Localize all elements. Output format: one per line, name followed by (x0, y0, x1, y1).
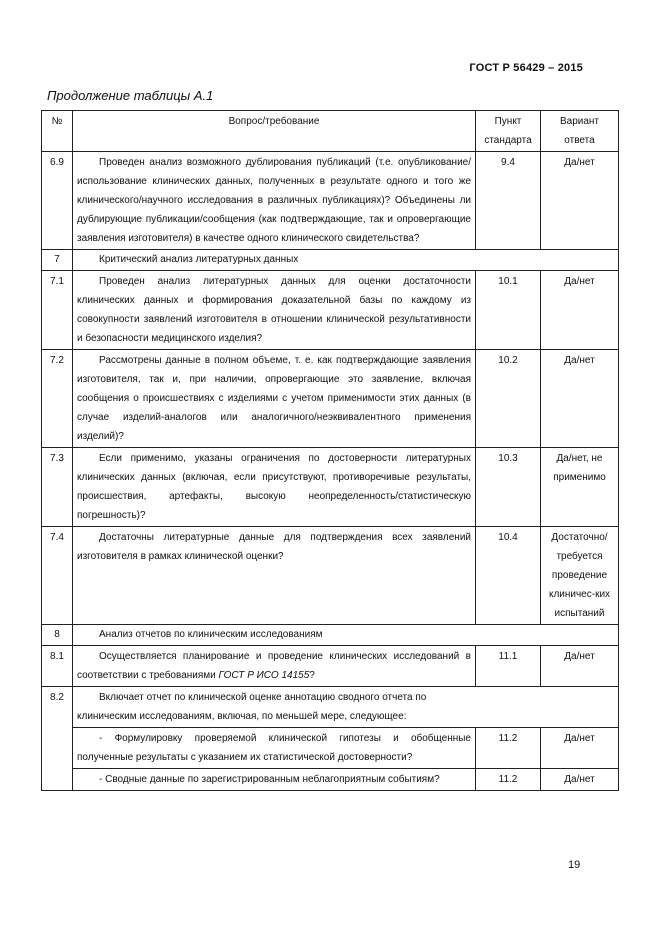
table-subrow: - Формулировку проверяемой клинической г… (42, 728, 619, 769)
row-answer: Да/нет (541, 646, 619, 687)
row-clause: 10.4 (476, 527, 541, 625)
table-row: 8.1 Осуществляется планирование и провед… (42, 646, 619, 687)
col-header-answer: Вариантответа (541, 111, 619, 152)
row-clause: 10.1 (476, 271, 541, 350)
table-caption: Продолжение таблицы А.1 (47, 88, 213, 103)
section-row: 7 Критический анализ литературных данных (42, 250, 619, 271)
row-num: 7.4 (42, 527, 73, 625)
standard-code: ГОСТ Р 56429 – 2015 (469, 62, 583, 74)
row-answer: Достаточно/ требуется проведение клиниче… (541, 527, 619, 625)
row-question: Проведен анализ возможного дублирования … (73, 152, 476, 250)
subrow-answer: Да/нет (541, 728, 619, 769)
row-num: 8.1 (42, 646, 73, 687)
table-row: 7.4 Достаточны литературные данные для п… (42, 527, 619, 625)
col-header-num: № (42, 111, 73, 152)
table-row: 8.2 Включает отчет по клинической оценке… (42, 687, 619, 728)
row-question: Рассмотрены данные в полном объеме, т. е… (73, 350, 476, 448)
row-clause: 9.4 (476, 152, 541, 250)
table-subrow: - Сводные данные по зарегистрированным н… (42, 769, 619, 791)
subrow-question: - Формулировку проверяемой клинической г… (73, 728, 476, 769)
section-title: Критический анализ литературных данных (73, 250, 619, 271)
row-question: Включает отчет по клинической оценке анн… (73, 687, 619, 728)
subrow-answer: Да/нет (541, 769, 619, 791)
row-question: Осуществляется планирование и проведение… (73, 646, 476, 687)
page-number: 19 (568, 859, 580, 871)
row-num: 7.3 (42, 448, 73, 527)
section-title: Анализ отчетов по клиническим исследован… (73, 625, 619, 646)
row-answer: Да/нет, не применимо (541, 448, 619, 527)
table-row: 6.9 Проведен анализ возможного дублирова… (42, 152, 619, 250)
table-row: 7.1 Проведен анализ литературных данных … (42, 271, 619, 350)
row-num: 7.2 (42, 350, 73, 448)
row-question: Проведен анализ литературных данных для … (73, 271, 476, 350)
table-row: 7.2 Рассмотрены данные в полном объеме, … (42, 350, 619, 448)
table-row: 7.3 Если применимо, указаны ограничения … (42, 448, 619, 527)
standard-reference: ГОСТ Р ИСО 14155 (219, 670, 310, 681)
requirements-table: № Вопрос/требование Пунктстандарта Вариа… (41, 110, 619, 791)
row-num: 7.1 (42, 271, 73, 350)
col-header-question: Вопрос/требование (73, 111, 476, 152)
section-row: 8 Анализ отчетов по клиническим исследов… (42, 625, 619, 646)
col-header-clause: Пунктстандарта (476, 111, 541, 152)
section-num: 8 (42, 625, 73, 646)
subrow-clause: 11.2 (476, 728, 541, 769)
row-question: Достаточны литературные данные для подтв… (73, 527, 476, 625)
row-num: 8.2 (42, 687, 73, 791)
row-clause: 11.1 (476, 646, 541, 687)
subrow-question: - Сводные данные по зарегистрированным н… (73, 769, 476, 791)
table-header-row: № Вопрос/требование Пунктстандарта Вариа… (42, 111, 619, 152)
row-num: 6.9 (42, 152, 73, 250)
row-answer: Да/нет (541, 152, 619, 250)
row-question: Если применимо, указаны ограничения по д… (73, 448, 476, 527)
row-answer: Да/нет (541, 271, 619, 350)
row-answer: Да/нет (541, 350, 619, 448)
section-num: 7 (42, 250, 73, 271)
row-clause: 10.2 (476, 350, 541, 448)
row-clause: 10.3 (476, 448, 541, 527)
subrow-clause: 11.2 (476, 769, 541, 791)
